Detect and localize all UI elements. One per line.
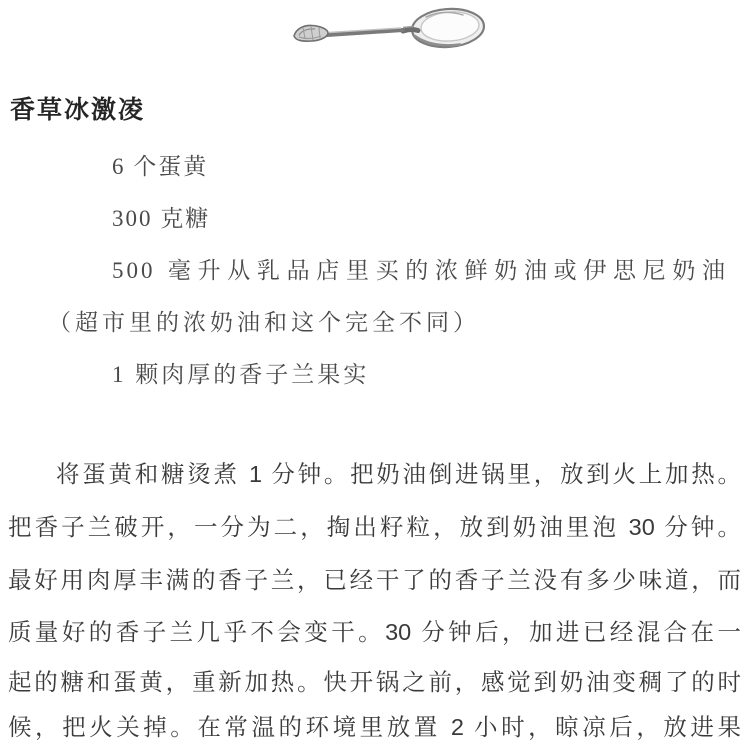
ingredient-line: 500 毫升从乳品店里买的浓鲜奶油或伊思尼奶油 [112, 252, 728, 285]
paragraph-line: 最好用肉厚丰满的香子兰，已经干了的香子兰没有多少味道，而 [8, 564, 741, 596]
spoon-icon [291, 5, 487, 51]
book-page: 香草冰激凌 6 个蛋黄 300 克糖 500 毫升从乳品店里买的浓鲜奶油或伊思尼… [0, 0, 748, 745]
ingredient-line: 300 克糖 [112, 200, 210, 233]
paragraph-line: 质量好的香子兰几乎不会变干。30 分钟后，加进已经混合在一 [8, 616, 741, 648]
paragraph-line: 把香子兰破开，一分为二，掏出籽粒，放到奶油里泡 30 分钟。 [8, 511, 741, 543]
ingredient-note: （超市里的浓奶油和这个完全不同） [48, 304, 480, 337]
spoon-illustration [291, 5, 487, 51]
paragraph-line: 起的糖和蛋黄，重新加热。快开锅之前，感觉到奶油变稠了的时 [8, 666, 741, 698]
recipe-title: 香草冰激凌 [10, 90, 145, 126]
ingredient-line: 6 个蛋黄 [112, 148, 208, 181]
paragraph-line: 将蛋黄和糖烫煮 1 分钟。把奶油倒进锅里，放到火上加热。 [8, 458, 741, 490]
ingredient-line: 1 颗肉厚的香子兰果实 [112, 356, 369, 389]
paragraph-line: 候，把火关掉。在常温的环境里放置 2 小时，晾凉后，放进果 [8, 711, 741, 743]
